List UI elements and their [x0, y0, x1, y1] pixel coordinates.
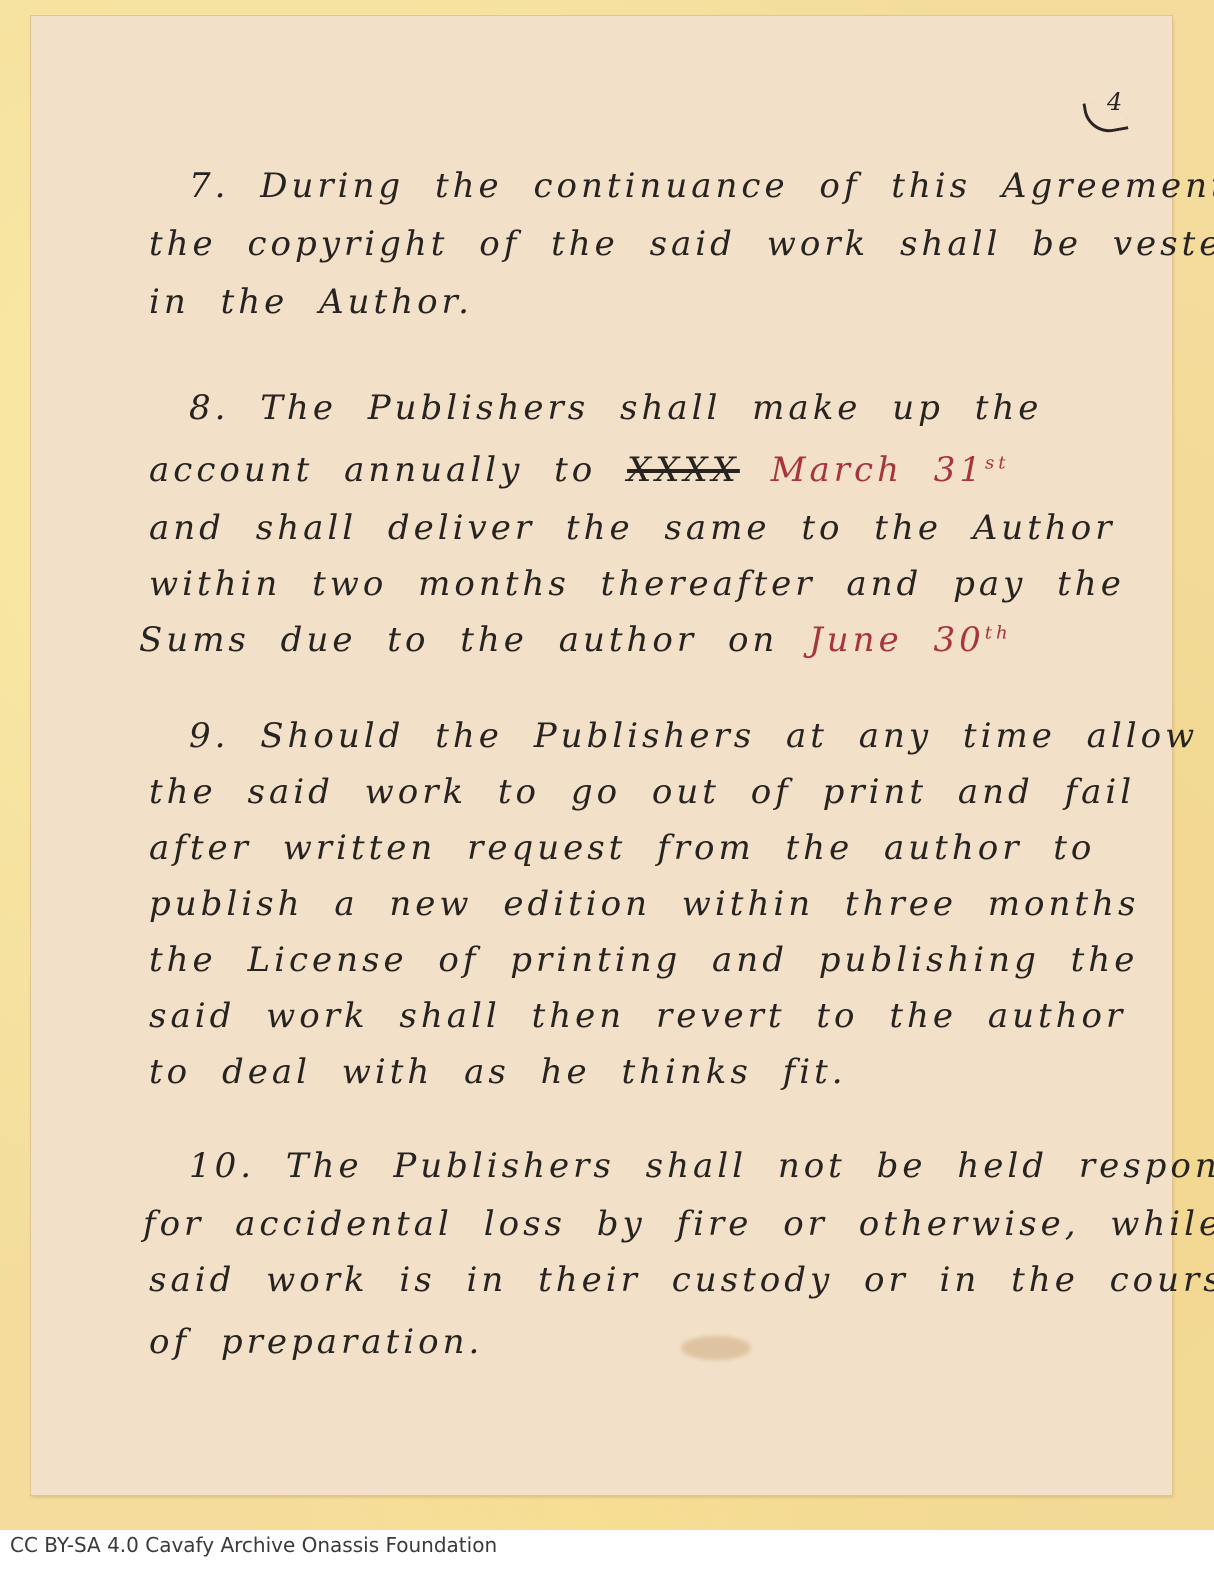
text-line: the copyright of the said work shall be …: [149, 224, 1214, 264]
text-line: the License of printing and publishing t…: [149, 940, 1138, 980]
text-line: of preparation.: [149, 1322, 483, 1362]
text-line: in the Author.: [149, 282, 473, 322]
license-caption: CC BY-SA 4.0 Cavafy Archive Onassis Foun…: [10, 1530, 497, 1560]
text-line: for accidental loss by fire or otherwise…: [143, 1204, 1214, 1244]
text-line: said work is in their custody or in the …: [149, 1260, 1214, 1300]
struck-out-word: XXXX: [627, 450, 740, 490]
red-date: June 30: [809, 620, 985, 660]
text-line: said work shall then revert to the autho…: [149, 996, 1126, 1036]
text-line: and shall deliver the same to the Author: [149, 508, 1115, 548]
text-line-with-correction: account annually to XXXX March 31st: [149, 450, 1010, 490]
manuscript-page: 4 7. During the continuance of this Agre…: [31, 16, 1172, 1495]
text-line: after written request from the author to: [149, 828, 1095, 868]
text-line-with-insert: Sums due to the author on June 30th: [139, 620, 1012, 660]
text-line: within two months thereafter and pay the: [149, 564, 1125, 604]
red-ink-insertion: March 31st: [771, 450, 1010, 490]
text-line: 8. The Publishers shall make up the: [189, 388, 1042, 428]
red-date-suffix: st: [985, 453, 1009, 474]
red-date-suffix: th: [985, 623, 1012, 644]
text-line: publish a new edition within three month…: [149, 884, 1139, 924]
paper-stain: [681, 1336, 751, 1360]
text-line: 10. The Publishers shall not be held res…: [189, 1146, 1214, 1186]
red-date: March 31: [771, 450, 985, 490]
text-segment: Sums due to the author on: [139, 620, 778, 660]
text-line: the said work to go out of print and fai…: [149, 772, 1135, 812]
page-number-value: 4: [1107, 88, 1122, 116]
text-line: 7. During the continuance of this Agreem…: [189, 166, 1214, 206]
text-line: 9. Should the Publishers at any time all…: [189, 716, 1198, 756]
text-segment: account annually to: [149, 450, 596, 490]
text-line: to deal with as he thinks fit.: [149, 1052, 847, 1092]
red-ink-insertion: June 30th: [809, 620, 1011, 660]
